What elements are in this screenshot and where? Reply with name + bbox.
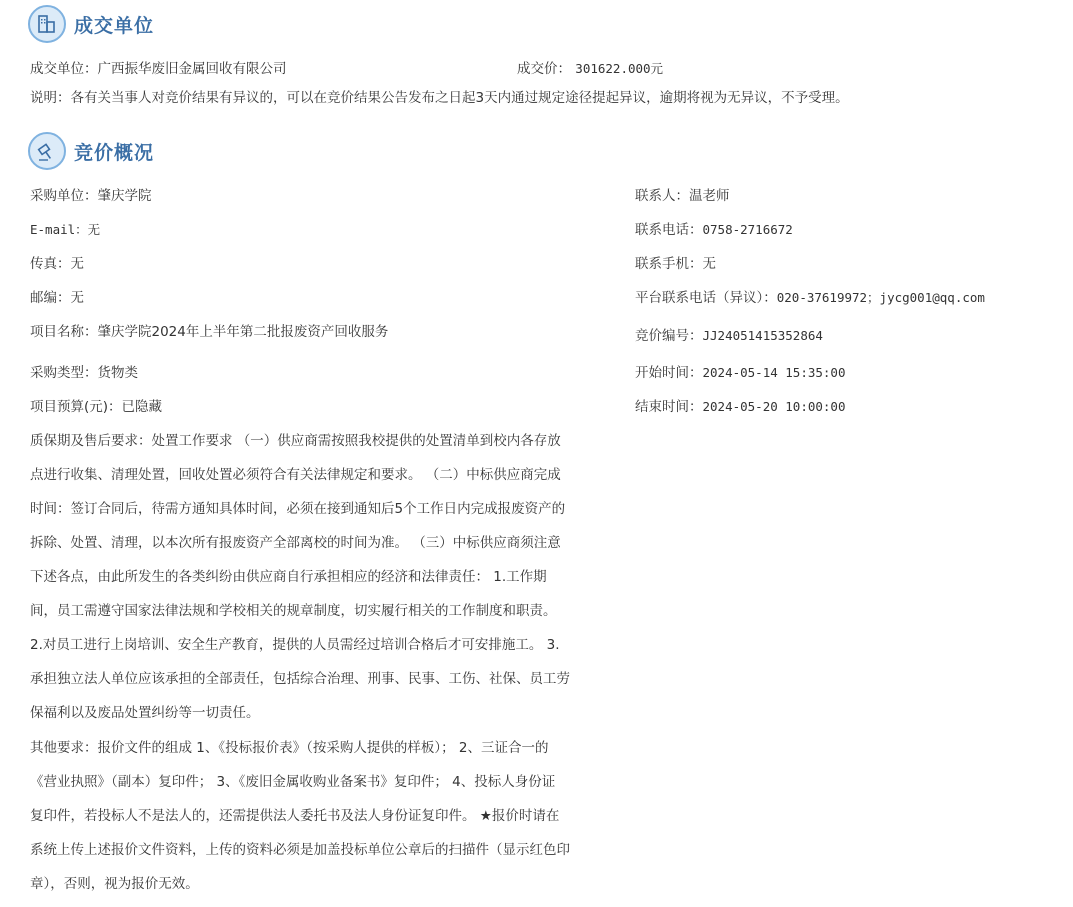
info-budget: 项目预算(元)：已隐藏 <box>30 397 162 417</box>
info-contact-person: 联系人：温老师 <box>635 186 730 206</box>
winner-row: 成交单位：广西振华废旧金属回收有限公司 <box>30 59 287 79</box>
other-requirements: 其他要求：报价文件的组成 1、《投标报价表》（按采购人提供的样板）； 2、三证合… <box>30 731 630 901</box>
info-contact-mobile: 联系手机：无 <box>635 254 716 274</box>
info-end-time: 结束时间：2024-05-20 10:00:00 <box>635 397 846 417</box>
info-contact-phone: 联系电话：0758-2716672 <box>635 220 793 240</box>
winner-label: 成交单位： <box>30 61 98 77</box>
warranty-requirements: 质保期及售后要求：处置工作要求 （一）供应商需按照我校提供的处置清单到校内各存放… <box>30 424 630 730</box>
price-label: 成交价： <box>517 61 571 77</box>
info-purchaser: 采购单位：肇庆学院 <box>30 186 152 206</box>
info-bid-number: 竞价编号：JJ24051415352864 <box>635 326 823 346</box>
price-row: 成交价： 301622.000元 <box>517 59 663 79</box>
deal-note: 说明：各有关当事人对竞价结果有异议的，可以在竞价结果公告发布之日起3天内通过规定… <box>30 88 849 108</box>
winner-value: 广西振华废旧金属回收有限公司 <box>98 61 287 77</box>
overview-section-header: 竞价概况 <box>28 131 154 171</box>
info-platform-phone: 平台联系电话（异议）：020-37619972；jycg001@qq.com <box>635 288 985 308</box>
deal-section-header: 成交单位 <box>28 4 154 44</box>
section-title: 成交单位 <box>74 11 154 38</box>
info-fax: 传真：无 <box>30 254 84 274</box>
info-start-time: 开始时间：2024-05-14 15:35:00 <box>635 363 846 383</box>
info-email: E-mail：无 <box>30 220 100 240</box>
info-purchase-type: 采购类型：货物类 <box>30 363 138 383</box>
info-postcode: 邮编：无 <box>30 288 84 308</box>
info-project-name: 项目名称：肇庆学院2024年上半年第二批报废资产回收服务 <box>30 322 388 342</box>
price-value: 301622.000元 <box>575 61 663 76</box>
gavel-icon <box>28 132 66 170</box>
section-title: 竞价概况 <box>74 138 154 165</box>
building-icon <box>28 5 66 43</box>
